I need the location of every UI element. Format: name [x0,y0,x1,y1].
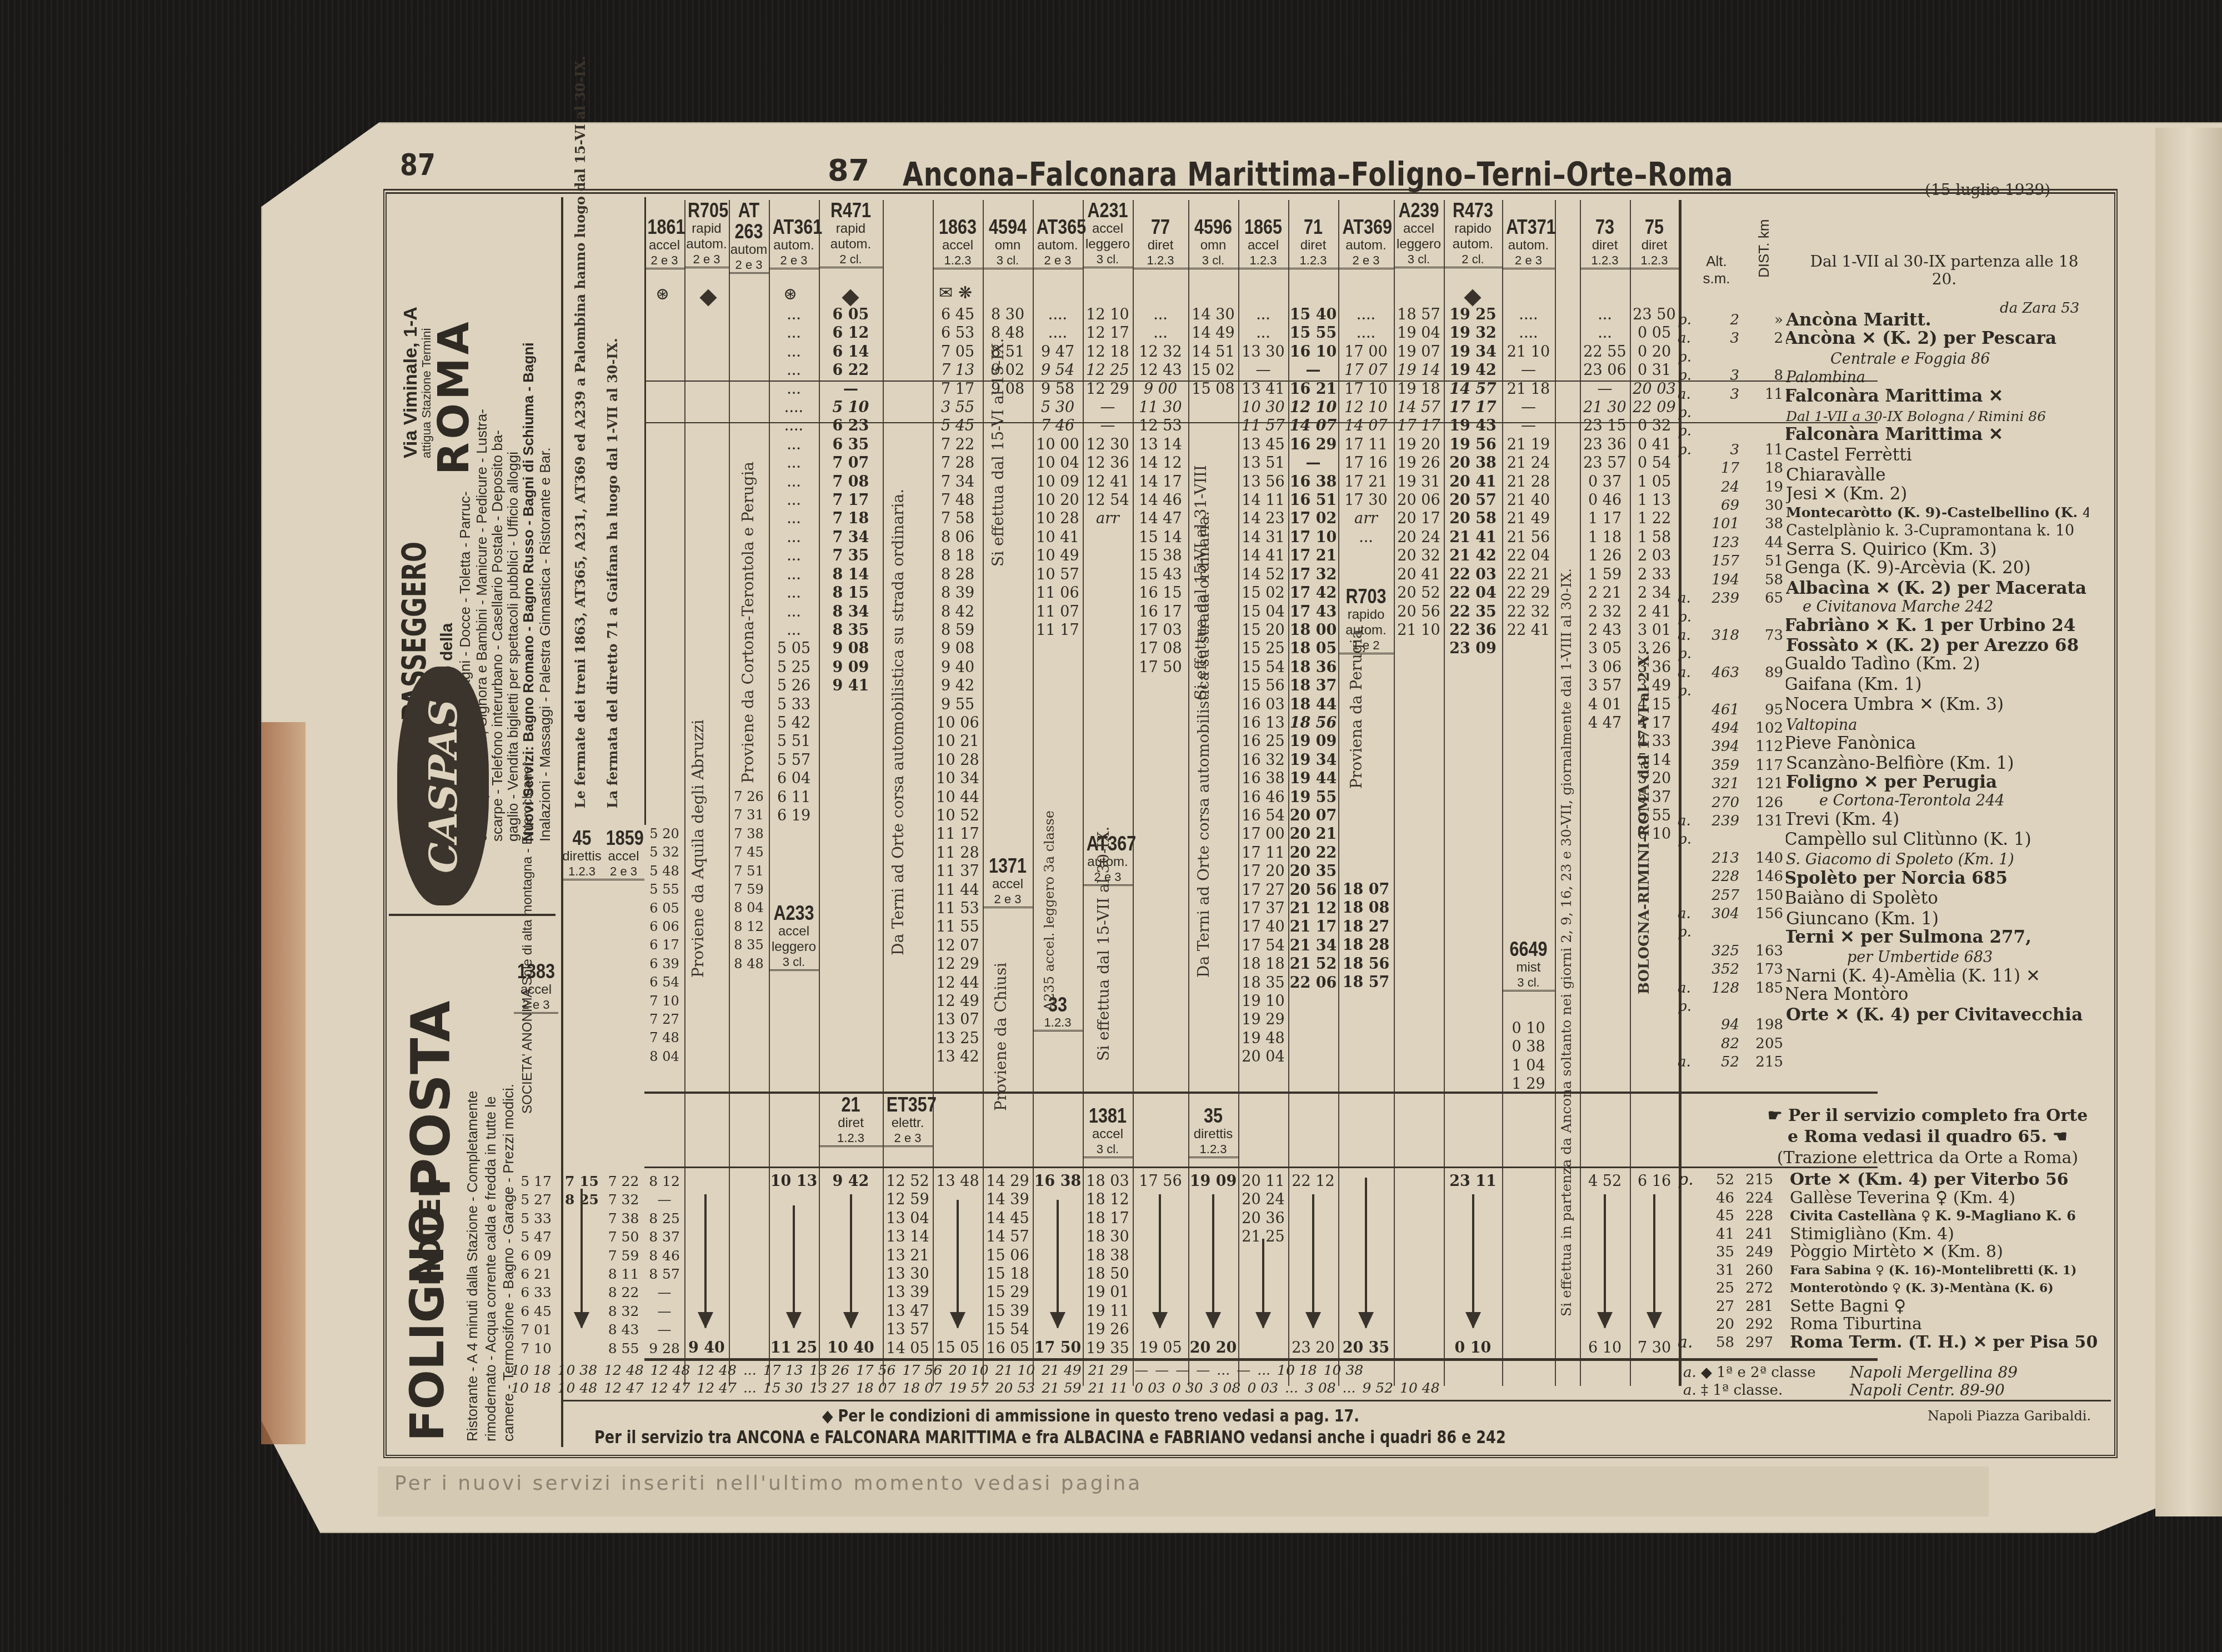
times-lower-e: 14 2914 3914 4514 5715 0615 1815 2915 39… [983,1172,1033,1358]
station-name: Narni (K. 4)-Amèlia (K. 11) ✕ [1786,967,2089,985]
page-fold [2155,128,2222,1516]
station-name: Spolèto per Norcia 685 [1786,869,2089,889]
station-row: 27281Sette Bagni ♀ [1678,1298,2100,1316]
station-name: Falconàra Marittima ✕ [1786,387,2089,407]
down-arrow-icon [704,1194,707,1328]
burnt-page-edge [261,722,306,1444]
station-name: Castelplànio k. 3-Cupramontana k. 10 [1786,522,2089,540]
station-row: 35249Pòggio Mirtèto ✕ (Km. 8) [1678,1243,2100,1261]
down-arrow-icon [1653,1194,1655,1328]
ad-divider [389,914,555,916]
footer-napoli-note: Napoli Piazza Garibaldi. [1928,1408,2091,1424]
station-row: 31260Fara Sabina ♀ (K. 16)-Montelibretti… [1678,1261,2100,1280]
caspas-logo: CASPAS [397,667,489,905]
times-R471: 6 056 126 146 22—5 106 236 357 077 087 1… [819,306,883,695]
times-1383: 5 175 275 335 476 096 216 336 457 017 10 [514,1172,558,1358]
times-lower-g: 20 1120 2420 3621 25 [1238,1172,1288,1246]
note-partenza: Si effettua in partenza da Ancona soltan… [1558,568,1574,1316]
wheel-icon: ⊛ [783,284,797,304]
down-arrow-icon [1365,1178,1367,1328]
station-name: Jesi ✕ (Km. 2) [1786,485,2089,503]
note-a235: A235 accel. leggero 3a classe [1042,810,1057,1011]
station-name: Chiaravàlle [1786,466,2089,484]
times-lower-c-arr: 10 40 [819,1339,883,1357]
wheel-icon: ⊛ [655,284,669,304]
times-lower-d-arr: 15 05 [933,1339,983,1357]
station-name: Foligno ✕ per Perugia [1786,773,2089,792]
station-name: Terni ✕ per Sulmona 277, [1786,928,2089,948]
napoli-destinations: Napoli Mergellina 89 Napoli Centr. 89-90 [1850,1364,2018,1399]
station-row: 41241Stimigliàno (Km. 4) [1678,1225,2100,1244]
times-AT263: 7 267 317 387 457 517 598 048 128 358 48 [729,788,769,973]
station-name: S. Giacomo di Spoleto (Km. 1) [1786,850,2089,869]
train-header-21: 21diret1.2.3 [819,1094,883,1147]
station-name: Albacìna ✕ (K. 2) per Macerata [1786,579,2089,598]
station-name: Orte ✕ (K. 4) per Civitavecchia 58 [1786,1006,2089,1024]
note-cortona: Proviene da Cortona-Terontola e Perugia [739,462,757,783]
times-R703: 18 0718 0818 2718 2818 5618 57 [1338,880,1394,992]
station-connection: per Umbertide 683 [1786,948,2089,967]
train-header-R703: R703rapido autom.1 e 2 [1338,586,1394,654]
times-71: 15 4015 5516 10—16 2112 1014 0716 29—16 … [1288,306,1338,992]
ad-casa-city: ROMA [429,318,478,475]
train-header-33: 331.2.3 [1033,994,1083,1032]
station-row: 20292Roma Tiburtina [1678,1315,2100,1334]
times-lower-i-arr: 20 35 [1338,1339,1394,1357]
note-terni-orte: Da Terni ad Orte corsa automobilistica s… [889,489,907,955]
station-name: Trevi (Km. 4) [1786,810,2089,830]
station-name: Montecaròtto (K. 9)-Castelbellino (K. 4) [1786,503,2089,522]
ad-posta-line2: rimodernato - Acqua corrente calda e fre… [482,1097,499,1441]
times-lower-k-arr: 6 10 [1580,1339,1630,1357]
ad-posta-line1: Ristorante - A 4 minuti dalla Stazione -… [464,1090,481,1441]
down-arrow-icon [1262,1239,1264,1328]
times-AT371: ........21 10—21 18——21 1921 2421 2821 4… [1502,306,1555,639]
station-name: Ancòna ✕ (K. 2) per Pescara [1786,329,2089,349]
station-name: Baiàno di Spolèto [1786,889,2089,909]
divider-line [644,1167,1878,1168]
alt-header: Alt. s.m. [1700,253,1733,287]
times-lower-j-dep: 23 11 [1444,1172,1502,1190]
page-title: Ancona–Falconara Marittima–Foligno–Terni… [903,156,1733,193]
station-name: Nera Montòro [1786,985,2089,1005]
times-lower-h-arr: 23 20 [1288,1339,1338,1357]
times-AT365: ........9 479 549 585 307 4610 0010 0410… [1033,306,1083,639]
dist-header: DIST. km [1755,219,1773,278]
times-lower-l-arr: 7 30 [1630,1339,1679,1357]
orte-roma-note: ☛ Per il servizio completo fra Orte e Ro… [1755,1105,2100,1169]
footer-admission-note: ◆ Per le condizioni di ammissione in que… [822,1406,1359,1426]
station-name: Fabriàno ✕ K. 1 per Urbino 24 [1786,617,2089,637]
note-chiusi: Proviene da Chiusi [992,963,1010,1111]
altitude-distance-column: p.2» a.32 p. p.38 a.311 p. p. p.311 1718… [1678,311,1783,1072]
times-A239: 18 5719 0419 0719 1419 1814 5717 1719 20… [1394,306,1444,639]
times-R473: 19 2519 3219 3419 4214 5717 1719 4319 56… [1444,306,1502,658]
down-arrow-icon [1159,1194,1161,1328]
times-1859: 7 227 327 387 507 598 118 228 328 438 55 [603,1172,644,1358]
times-lower-f-dep: 17 56 [1133,1172,1188,1190]
train-header-45: 45direttis1.2.3 [561,828,603,880]
station-name: Giuncano (Km. 1) [1786,910,2089,928]
times-77: ......12 3212 439 0011 3012 5313 1414 12… [1133,306,1188,677]
train-header-ET357: ET357elettr.2 e 3 [883,1094,933,1147]
station-list: Ancòna Maritt. Ancòna ✕ (K. 2) per Pesca… [1786,311,2089,1024]
times-lower-b: 9 40 [684,1339,729,1357]
divider-line [561,1400,2111,1401]
divider-line [644,1092,1878,1094]
station-name: Pieve Fanònica [1786,734,2089,754]
down-arrow-icon [580,1189,583,1328]
station-name: Scanzàno-Belfiòre (Km. 1) [1786,754,2089,773]
ad-posta-name: POSTA [400,1001,462,1197]
down-arrow-icon [850,1194,852,1328]
station-name: Falconàra Marittima ✕ [1786,425,2089,445]
station-row: p.52215Orte ✕ (Km. 4) per Viterbo 56 [1678,1171,2100,1189]
times-1863: 6 456 537 057 137 173 555 457 227 287 34… [933,306,983,1067]
ad-casa-line5: gaglio - Vendita biglietti per spettacol… [504,452,522,842]
times-6649: 0 100 381 041 29 [1502,1019,1555,1094]
times-33-arr: 17 50 [1033,1339,1083,1357]
station-row: 45228Civita Castellàna ♀ K. 9-Magliano K… [1678,1207,2100,1225]
times-4596: 14 3014 4914 5115 0215 08 [1188,306,1238,398]
station-name: Valtopina [1786,716,2089,734]
station-connection: Dal 1-VII a 30-IX Bologna / Rimini 86 [1786,407,2089,425]
napoli-centrale-row: 10 1810 4812 4712 4712 47...15 3013 2718… [511,1380,1678,1396]
train-header-1381: 1381accel3 cl. [1083,1105,1133,1158]
times-21-arr: 11 25 [769,1339,819,1357]
times-33-dep: 16 38 [1033,1172,1083,1190]
note-bologna-roma: BOLOGNA-RIMINI-ROMA dal 17-VI al 2-X. [1636,650,1653,994]
down-arrow-icon [1212,1194,1214,1328]
times-35-dep: 19 09 [1188,1172,1238,1190]
note-effettua-15vi-15ix: Si effettua dal 15-VI al 15-IX. [989,338,1007,567]
ad-casa-line8: SOCIETA' ANONIMA Sole di alta montagna -… [520,762,536,1114]
train-header-6649: 6649mist3 cl. [1502,939,1555,992]
times-lower-a: 8 12—8 258 378 468 57———9 28 [644,1172,684,1358]
underlying-page-text: Per i nuovi servizi inseriti nell'ultimo… [394,1472,1142,1495]
notes-column: Le fermate dei treni 1863, AT365, A231, … [561,197,646,825]
note-effettua-15vii-30ix: Si effettua dal 15-VII al 30-IX. [1094,826,1113,1061]
down-arrow-icon [1604,1194,1606,1328]
times-lower-k-dep: 4 52 [1580,1172,1630,1190]
station-name: Genga (K. 9)-Arcèvia (K. 20) [1786,559,2089,579]
times-AT361: ........................................… [769,306,819,825]
station-connection: e Civitanova Marche 242 [1786,598,2089,616]
times-35-arr: 20 20 [1188,1339,1238,1357]
station-name: Gaifana (Km. 1) [1786,675,2089,695]
station-name: Palombina [1786,368,2089,387]
note-aquila: Proviene da Aquila degli Abruzzi [689,720,707,978]
times-lower-d-dep: 13 48 [933,1172,983,1190]
down-arrow-icon [1312,1194,1314,1328]
times-1861: 5 205 325 485 556 056 066 176 396 547 10… [644,825,684,1066]
ad-casa-address: Via Viminale, 1-A [400,307,422,458]
note-terni-orte-2: Da Terni ad Orte corsa automobilistica s… [1194,511,1213,978]
times-lower-f-arr: 19 05 [1133,1339,1188,1357]
station-row: a.58297Roma Term. (T. H.) ✕ per Pisa 50 [1678,1334,2100,1352]
station-row: 46224Gallèse Teverina ♀ (Km. 4) [1678,1189,2100,1208]
page-number-left: 87 [400,147,436,182]
station-connection: e Cortona-Terontola 244 [1786,792,2089,810]
times-1865: ......13 30—13 4110 3011 5713 4513 5113 … [1238,306,1288,1067]
train-header-1371: 1371accel2 e 3 [983,855,1033,908]
times-ET357: 12 5212 5913 0413 1413 2113 3013 3913 47… [883,1172,933,1358]
ad-posta-hotel: HOTEL [414,1179,447,1286]
down-arrow-icon [1472,1194,1474,1328]
times-lower-c-dep: 9 42 [819,1172,883,1190]
station-name: Fossàto ✕ (K. 2) per Arezzo 68 [1786,637,2089,655]
train-header-1383: 1383accel2 e 3 [514,961,558,1014]
down-arrow-icon [793,1205,795,1328]
restaurant-car-icon: ❋ [958,283,972,303]
note-palombina: Le fermate dei treni 1863, AT365, A231, … [572,56,588,808]
ad-casa-line4: scarpe - Telefono interurbano - Casellar… [489,430,506,842]
times-AT369: ........17 0017 0717 1012 1014 0717 1117… [1338,306,1394,547]
footer-service-note: Per il servizio tra ANCONA e FALCONARA M… [594,1426,1506,1448]
station-name: Nocera Umbra ✕ (Km. 3) [1786,695,2089,715]
table-number: 87 [828,153,869,188]
station-name: Ancòna Maritt. [1786,311,2089,329]
times-73: ......22 5523 06—21 3023 1523 3623 570 3… [1580,306,1630,732]
times-1381: 18 0318 1218 1718 3018 3818 5019 0119 11… [1083,1172,1133,1358]
down-arrow-icon [1057,1200,1059,1328]
napoli-mergellina-row: 10 1810 3812 4812 4812 48...17 1313 2617… [511,1362,1678,1379]
station-connection: Centrale e Foggia 86 [1786,350,2089,368]
ad-casa-line7: Inalazioni - Massaggi - Palestra Ginnast… [537,447,554,842]
summer-departure-note: Dal 1-VII al 30-IX partenza alle 18 20. [1800,253,2089,288]
times-lower-j-arr: 0 10 [1444,1339,1502,1357]
train-header-A233: A233accel leggero3 cl. [769,903,819,971]
station-name: Castel Ferrètti [1786,446,2089,466]
times-lower-h-dep: 22 12 [1288,1172,1338,1190]
times-A231: 12 1012 1712 1812 2512 29——12 3012 3612 … [1083,306,1133,528]
down-arrow-icon [957,1200,959,1328]
train-header-35: 35direttis1.2.3 [1188,1105,1238,1158]
divider-line [644,1358,1878,1361]
note-perugia: Proviena da Perugia [1347,629,1365,789]
station-list-lower: p.52215Orte ✕ (Km. 4) per Viterbo 56 462… [1678,1171,2100,1351]
times-lower-l-dep: 6 16 [1630,1172,1679,1190]
station-name: Serra S. Quirico (Km. 3) [1786,540,2089,559]
note-gaifana: La fermata del diretto 71 a Gaifana ha l… [604,338,620,808]
train-header-1859: 1859accel2 e 3 [603,828,644,880]
station-name: Gualdo Tadìno (Km. 2) [1786,655,2089,675]
mail-icon: ✉ [939,283,953,303]
station-name: Campèllo sul Clitùnno (K. 1) [1786,830,2089,850]
times-21-dep: 10 13 [769,1172,819,1190]
station-row: 25272Monterotòndo ♀ (K. 3)-Mentàna (K. 6… [1678,1279,2100,1298]
napoli-legend: a. ◆ 1ª e 2ª classe a. ‡ 1ª classe. [1683,1364,1816,1399]
